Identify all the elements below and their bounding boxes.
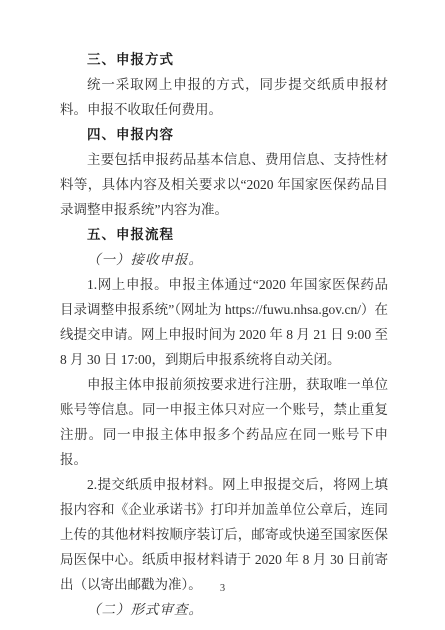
- para-registration-account: 申报主体申报前须按要求进行注册，获取唯一单位账号等信息。同一申报主体只对应一个账…: [60, 372, 388, 472]
- document-page: 三、申报方式 统一采取网上申报的方式，同步提交纸质申报材料。申报不收取任何费用。…: [0, 0, 445, 630]
- heading-application-process: 五、申报流程: [60, 222, 388, 247]
- para-application-method: 统一采取网上申报的方式，同步提交纸质申报材料。申报不收取任何费用。: [60, 72, 388, 122]
- para-online-application: 1.网上申报。申报主体通过“2020 年国家医保药品目录调整申报系统”（网址为 …: [60, 272, 388, 372]
- para-paper-materials: 2.提交纸质申报材料。网上申报提交后，将网上填报内容和《企业承诺书》打印并加盖单…: [60, 472, 388, 597]
- subheading-receive-application: （一）接收申报。: [60, 247, 388, 272]
- heading-application-method: 三、申报方式: [60, 47, 388, 72]
- heading-application-content: 四、申报内容: [60, 122, 388, 147]
- page-number: 3: [0, 583, 445, 594]
- subheading-formal-review: （二）形式审查。: [60, 597, 388, 622]
- document-body: 三、申报方式 统一采取网上申报的方式，同步提交纸质申报材料。申报不收取任何费用。…: [60, 47, 388, 622]
- para-application-content: 主要包括申报药品基本信息、费用信息、支持性材料等，具体内容及相关要求以“2020…: [60, 147, 388, 222]
